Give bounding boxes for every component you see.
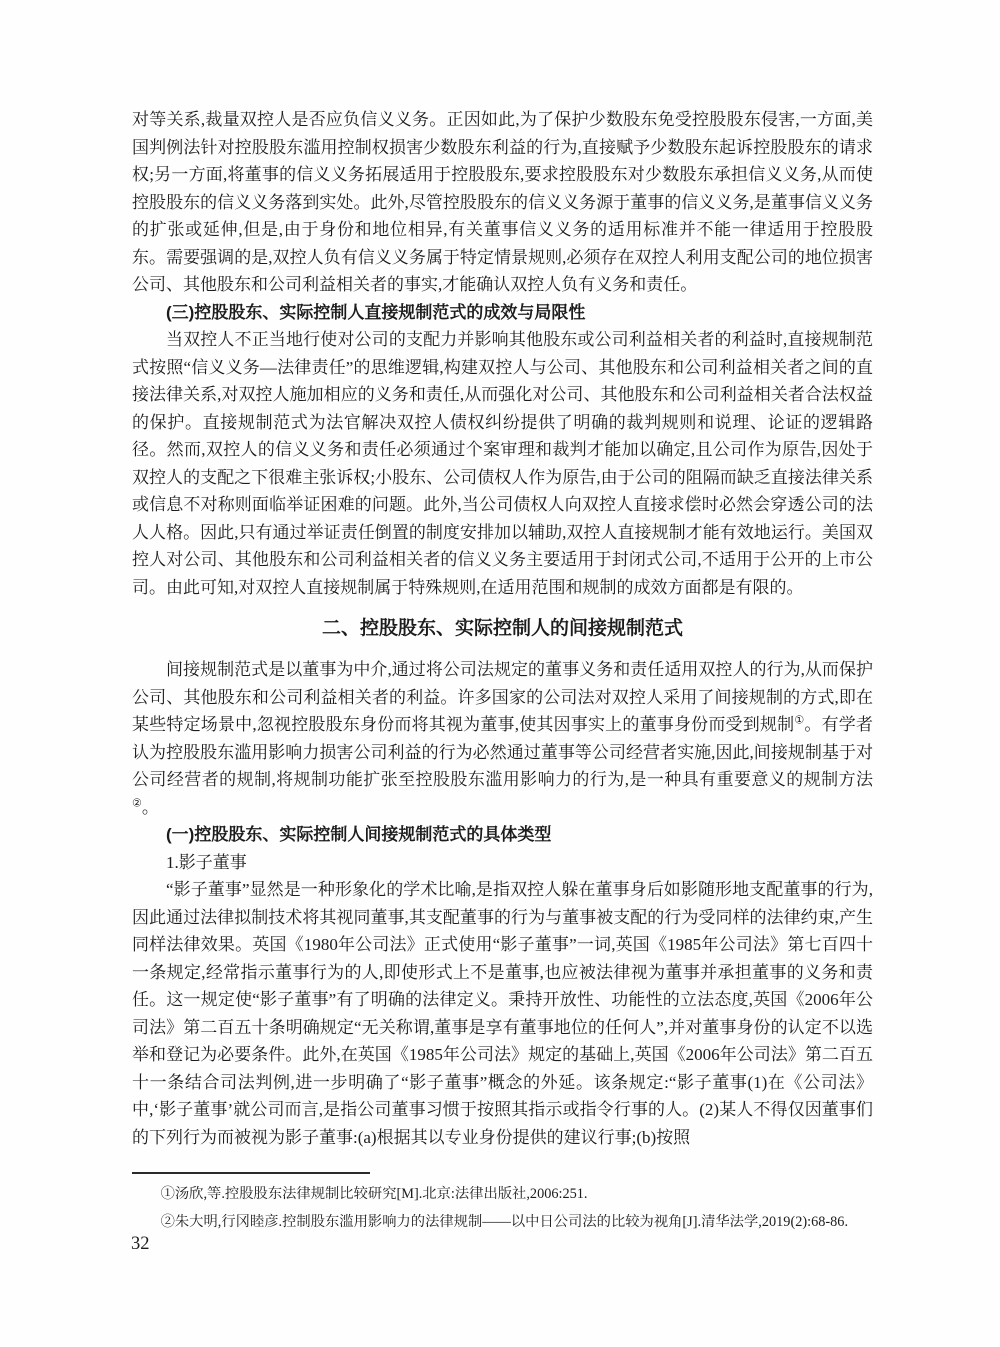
footnote-1: ①汤欣,等.控股股东法律规制比较研究[M].北京:法律出版社,2006:251. xyxy=(132,1181,873,1209)
footnote-2: ②朱大明,行冈睦彦.控制股东滥用影响力的法律规制——以中日公司法的比较为视角[J… xyxy=(132,1209,873,1237)
paragraph-shadow-director: “影子董事”显然是一种形象化的学术比喻,是指双控人躲在董事身后如影随形地支配董事… xyxy=(132,876,873,1151)
document-page: 对等关系,裁量双控人是否应负信义义务。正因如此,为了保护少数股东免受控股股东侵害… xyxy=(0,0,1000,1347)
heading-direct-regulation-effect-limits: (三)控股股东、实际控制人直接规制范式的成效与局限性 xyxy=(132,299,873,327)
footnote-area: ①汤欣,等.控股股东法律规制比较研究[M].北京:法律出版社,2006:251.… xyxy=(132,1172,873,1236)
paragraph-indirect-intro: 间接规制范式是以董事为中介,通过将公司法规定的董事义务和责任适用双控人的行为,从… xyxy=(132,656,873,821)
paragraph-indirect-text-c: 。 xyxy=(142,798,159,817)
paragraph-continued-from-previous-page: 对等关系,裁量双控人是否应负信义义务。正因如此,为了保护少数股东免受控股股东侵害… xyxy=(132,106,873,299)
page-body: 对等关系,裁量双控人是否应负信义义务。正因如此,为了保护少数股东免受控股股东侵害… xyxy=(132,106,873,1151)
paragraph-direct-regulation: 当双控人不正当地行使对公司的支配力并影响其他股东或公司利益相关者的利益时,直接规… xyxy=(132,326,873,601)
heading-indirect-regulation-types: (一)控股股东、实际控制人间接规制范式的具体类型 xyxy=(132,821,873,849)
footnote-ref-2: ② xyxy=(132,797,142,809)
item-shadow-director-title: 1.影子董事 xyxy=(132,849,873,877)
footnote-separator-rule xyxy=(132,1172,370,1174)
paragraph-indirect-text-a: 间接规制范式是以董事为中介,通过将公司法规定的董事义务和责任适用双控人的行为,从… xyxy=(132,660,873,734)
page-number: 32 xyxy=(131,1231,150,1258)
footnote-ref-1: ① xyxy=(794,714,804,726)
section-title-indirect-regulation: 二、控股股东、实际控制人的间接规制范式 xyxy=(132,615,873,642)
